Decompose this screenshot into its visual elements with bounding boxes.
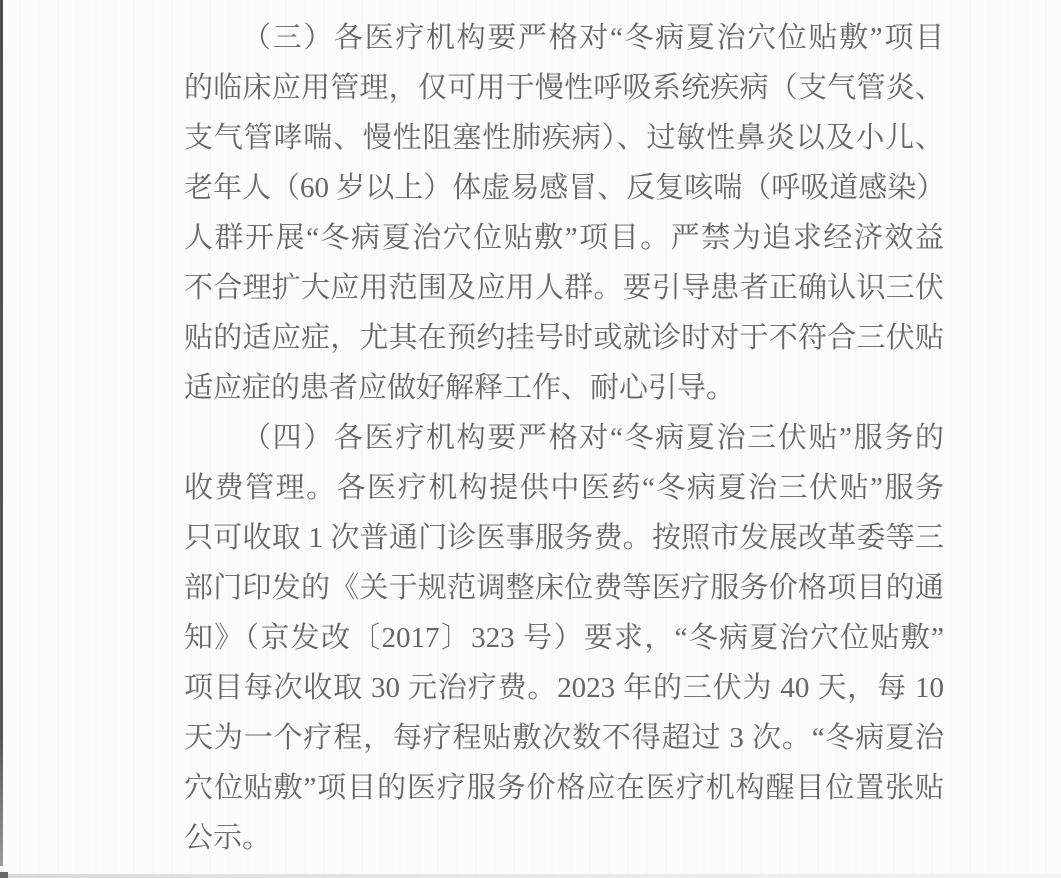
text-line: 部门印发的《关于规范调整床位费等医疗服务价格项目的通 xyxy=(184,563,944,613)
text-line: （三）各医疗机构要严格对“冬病夏治穴位贴敷”项目 xyxy=(184,13,944,63)
text-line: 支气管哮喘、慢性阻塞性肺疾病）、过敏性鼻炎以及小儿、 xyxy=(184,113,944,163)
text-line: 天为一个疗程，每疗程贴敷次数不得超过 3 次。“冬病夏治 xyxy=(184,713,944,763)
text-line: （四）各医疗机构要严格对“冬病夏治三伏贴”服务的 xyxy=(184,413,944,463)
scanned-document-page: { "page": { "background_color": "#fcfcfc… xyxy=(0,0,1061,878)
text-line: 的临床应用管理，仅可用于慢性呼吸系统疾病（支气管炎、 xyxy=(184,63,944,113)
scan-artifact-bottom-edge xyxy=(0,874,1061,878)
text-line: 人群开展“冬病夏治穴位贴敷”项目。严禁为追求经济效益 xyxy=(184,213,944,263)
scan-artifact-bottom-left-corner xyxy=(0,872,8,878)
document-body: （三）各医疗机构要严格对“冬病夏治穴位贴敷”项目 的临床应用管理，仅可用于慢性呼… xyxy=(184,13,944,863)
scan-artifact-left-edge xyxy=(0,0,3,866)
text-line: 项目每次收取 30 元治疗费。2023 年的三伏为 40 天，每 10 xyxy=(184,663,944,713)
text-line: 收费管理。各医疗机构提供中医药“冬病夏治三伏贴”服务 xyxy=(184,463,944,513)
text-line: 不合理扩大应用范围及应用人群。要引导患者正确认识三伏 xyxy=(184,263,944,313)
text-line: 公示。 xyxy=(184,813,944,863)
text-line: 知》（京发改〔2017〕323 号）要求，“冬病夏治穴位贴敷” xyxy=(184,613,944,663)
text-line: 穴位贴敷”项目的医疗服务价格应在医疗机构醒目位置张贴 xyxy=(184,763,944,813)
text-line: 老年人（60 岁以上）体虚易感冒、反复咳喘（呼吸道感染） xyxy=(184,163,944,213)
text-line: 贴的适应症，尤其在预约挂号时或就诊时对于不符合三伏贴 xyxy=(184,313,944,363)
text-line: 适应症的患者应做好解释工作、耐心引导。 xyxy=(184,363,944,413)
text-line: 只可收取 1 次普通门诊医事服务费。按照市发展改革委等三 xyxy=(184,513,944,563)
paragraph-item-4: （四）各医疗机构要严格对“冬病夏治三伏贴”服务的 收费管理。各医疗机构提供中医药… xyxy=(184,413,944,863)
paragraph-item-3: （三）各医疗机构要严格对“冬病夏治穴位贴敷”项目 的临床应用管理，仅可用于慢性呼… xyxy=(184,13,944,413)
